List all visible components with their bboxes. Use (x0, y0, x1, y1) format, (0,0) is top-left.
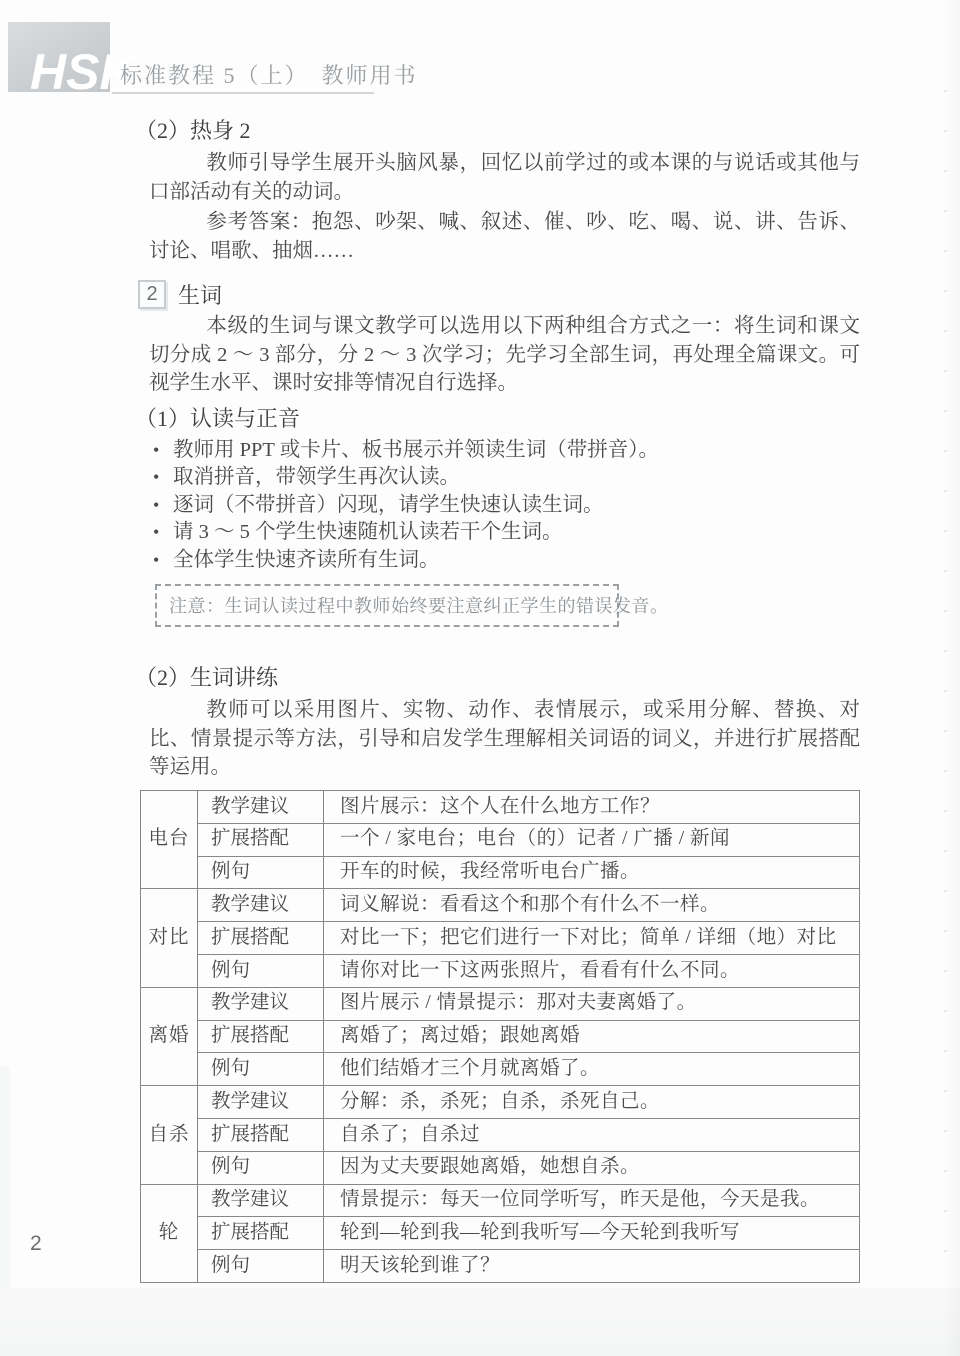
reading-step-item: 取消拼音，带领学生再次认读。 (149, 464, 860, 492)
vocab-word-cell: 自杀 (141, 1086, 198, 1184)
vocab-table: 电台教学建议图片展示：这个人在什么地方工作？扩展搭配一个 / 家电台；电台（的）… (140, 790, 860, 1283)
table-row: 电台教学建议图片展示：这个人在什么地方工作？ (141, 790, 860, 823)
hsk-logo-block: HSK (8, 22, 110, 92)
attention-note-box: 注意：生词认读过程中教师始终要注意纠正学生的错误发音。 (155, 584, 619, 627)
table-row: 例句因为丈夫要跟她离婚，她想自杀。 (141, 1151, 860, 1184)
table-row: 扩展搭配一个 / 家电台；电台（的）记者 / 广播 / 新闻 (141, 823, 860, 856)
warmup-reference-answer: 参考答案：抱怨、吵架、喊、叙述、催、吵、吃、喝、说、讲、告诉、讨论、唱歌、抽烟…… (149, 208, 860, 265)
reading-step-item: 教师用 PPT 或卡片、板书展示并领读生词（带拼音）。 (149, 437, 860, 465)
scanned-book-page: { "header": { "logo": "HSK", "book_title… (0, 0, 960, 1356)
scan-bottom-band (0, 1288, 960, 1356)
scan-left-edge-band (0, 1066, 10, 1296)
vocab-word-cell: 离婚 (141, 987, 198, 1085)
reading-steps-list: 教师用 PPT 或卡片、板书展示并领读生词（带拼音）。取消拼音，带领学生再次认读… (149, 437, 860, 575)
page-number: 2 (30, 1232, 42, 1256)
table-row: 扩展搭配对比一下；把它们进行一下对比；简单 / 详细（地）对比 (141, 922, 860, 955)
row-content-cell: 明天该轮到谁了？ (324, 1250, 860, 1283)
row-label-cell: 例句 (198, 1151, 324, 1184)
vocab-table-body: 电台教学建议图片展示：这个人在什么地方工作？扩展搭配一个 / 家电台；电台（的）… (141, 790, 860, 1282)
vocab-section-heading: 2 生词 (138, 279, 860, 310)
row-label-cell: 例句 (198, 1053, 324, 1086)
vocab-word-cell: 电台 (141, 790, 198, 888)
scan-right-edge-shade (944, 0, 960, 1356)
page-header: HSK 标准教程 5（上） 教师用书 (8, 22, 428, 94)
vocab-word-cell: 轮 (141, 1184, 198, 1282)
row-content-cell: 因为丈夫要跟她离婚，她想自杀。 (324, 1151, 860, 1184)
row-label-cell: 教学建议 (198, 889, 324, 922)
row-content-cell: 分解：杀，杀死；自杀，杀死自己。 (324, 1086, 860, 1119)
row-label-cell: 扩展搭配 (198, 823, 324, 856)
table-row: 例句请你对比一下这两张照片，看看有什么不同。 (141, 954, 860, 987)
row-label-cell: 扩展搭配 (198, 1217, 324, 1250)
row-content-cell: 对比一下；把它们进行一下对比；简单 / 详细（地）对比 (324, 922, 860, 955)
reading-step-item: 请 3 ～ 5 个学生快速随机认读若干个生词。 (149, 519, 860, 547)
row-label-cell: 扩展搭配 (198, 1118, 324, 1151)
row-content-cell: 轮到—轮到我—轮到我听写—今天轮到我听写 (324, 1217, 860, 1250)
row-content-cell: 情景提示：每天一位同学听写，昨天是他，今天是我。 (324, 1184, 860, 1217)
spacer (135, 627, 860, 651)
row-label-cell: 扩展搭配 (198, 922, 324, 955)
table-row: 轮教学建议情景提示：每天一位同学听写，昨天是他，今天是我。 (141, 1184, 860, 1217)
note-label: 注意： (169, 596, 225, 616)
note-text: 生词认读过程中教师始终要注意纠正学生的错误发音。 (225, 596, 669, 616)
row-content-cell: 他们结婚才三个月就离婚了。 (324, 1053, 860, 1086)
reading-step-item: 逐词（不带拼音）闪现，请学生快速认读生词。 (149, 492, 860, 520)
table-row: 例句他们结婚才三个月就离婚了。 (141, 1053, 860, 1086)
vocab-section-title: 生词 (178, 279, 222, 310)
table-row: 例句开车的时候，我经常听电台广播。 (141, 856, 860, 889)
reading-step-item: 全体学生快速齐读所有生词。 (149, 547, 860, 575)
table-row: 扩展搭配轮到—轮到我—轮到我听写—今天轮到我听写 (141, 1217, 860, 1250)
row-label-cell: 教学建议 (198, 1184, 324, 1217)
table-row: 自杀教学建议分解：杀，杀死；自杀，杀死自己。 (141, 1086, 860, 1119)
table-row: 对比教学建议词义解说：看看这个和那个有什么不一样。 (141, 889, 860, 922)
row-content-cell: 自杀了；自杀过 (324, 1118, 860, 1151)
row-label-cell: 例句 (198, 856, 324, 889)
vocab-word-cell: 对比 (141, 889, 198, 987)
practice-paragraph: 教师可以采用图片、实物、动作、表情展示，或采用分解、替换、对比、情景提示等方法，… (149, 696, 860, 782)
vocab-section-number-badge: 2 (138, 280, 166, 309)
book-title: 标准教程 5（上） 教师用书 (120, 59, 418, 90)
reading-sub-heading: （1）认读与正音 (135, 402, 860, 433)
row-label-cell: 例句 (198, 954, 324, 987)
table-row: 离婚教学建议图片展示 / 情景提示：那对夫妻离婚了。 (141, 987, 860, 1020)
row-content-cell: 图片展示 / 情景提示：那对夫妻离婚了。 (324, 987, 860, 1020)
row-label-cell: 教学建议 (198, 987, 324, 1020)
row-content-cell: 开车的时候，我经常听电台广播。 (324, 856, 860, 889)
row-label-cell: 教学建议 (198, 790, 324, 823)
practice-sub-heading: （2）生词讲练 (135, 661, 860, 692)
header-divider (112, 92, 374, 94)
row-content-cell: 图片展示：这个人在什么地方工作？ (324, 790, 860, 823)
table-row: 例句明天该轮到谁了？ (141, 1250, 860, 1283)
warmup-paragraph: 教师引导学生展开头脑风暴，回忆以前学过的或本课的与说话或其他与口部活动有关的动词… (149, 149, 860, 206)
row-label-cell: 教学建议 (198, 1086, 324, 1119)
table-row: 扩展搭配自杀了；自杀过 (141, 1118, 860, 1151)
row-label-cell: 例句 (198, 1250, 324, 1283)
row-label-cell: 扩展搭配 (198, 1020, 324, 1053)
row-content-cell: 一个 / 家电台；电台（的）记者 / 广播 / 新闻 (324, 823, 860, 856)
table-row: 扩展搭配离婚了；离过婚；跟她离婚 (141, 1020, 860, 1053)
page-content: （2）热身 2 教师引导学生展开头脑风暴，回忆以前学过的或本课的与说话或其他与口… (135, 104, 860, 1283)
vocab-intro-paragraph: 本级的生词与课文教学可以选用以下两种组合方式之一：将生词和课文切分成 2 ～ 3… (149, 312, 860, 398)
warmup-heading: （2）热身 2 (135, 114, 860, 145)
row-content-cell: 离婚了；离过婚；跟她离婚 (324, 1020, 860, 1053)
row-content-cell: 请你对比一下这两张照片，看看有什么不同。 (324, 954, 860, 987)
row-content-cell: 词义解说：看看这个和那个有什么不一样。 (324, 889, 860, 922)
